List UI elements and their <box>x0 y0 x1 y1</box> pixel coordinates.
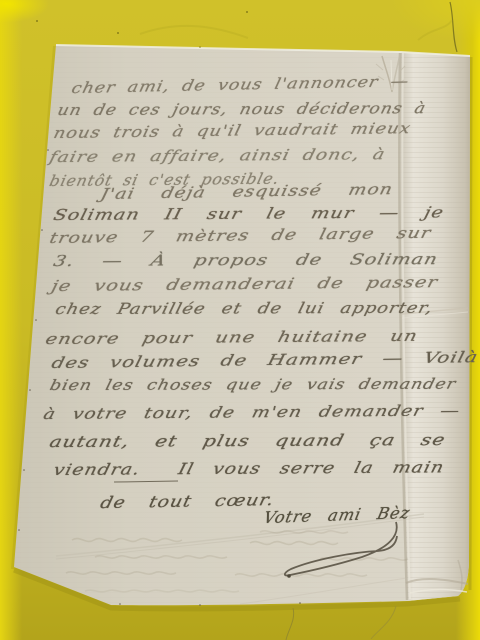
handwriting-line: à votre tour, de m'en demander — <box>42 401 463 423</box>
photo-of-handwritten-letter: cher ami, de vous l'annoncer — un de ces… <box>0 0 480 640</box>
handwriting-line: bien les choses que je vais demander <box>48 377 458 394</box>
handwriting-closing: de tout cœur. <box>99 490 277 512</box>
handwriting-line: nous trois à qu'il vaudrait mieux <box>52 119 413 142</box>
handwriting-line: J'ai déjà esquissé mon <box>99 180 395 203</box>
handwriting-line: faire en affaire, ainsi donc, à <box>48 145 388 166</box>
signature: Votre ami Bèz <box>262 503 412 527</box>
handwriting-line: des volumes de Hammer — Voilà <box>50 348 480 372</box>
handwriting-line: Soliman II sur le mur — je <box>52 203 446 224</box>
handwriting-layer: cher ami, de vous l'annoncer — un de ces… <box>0 0 480 640</box>
handwriting-line: cher ami, de vous l'annoncer — <box>70 72 411 97</box>
handwriting-line: trouve 7 mètres de large sur <box>48 224 434 247</box>
handwriting-line: autant, et plus quand ça se <box>48 431 448 451</box>
handwriting-line: un de ces jours, nous déciderons à <box>56 99 429 119</box>
handwriting-line: encore pour une huitaine un <box>44 327 420 348</box>
handwriting-line: chez Parvillée et de lui apporter, <box>54 299 435 318</box>
emphasis-underline <box>114 478 178 482</box>
handwriting-line: 3. — À propos de Soliman <box>52 250 441 270</box>
handwriting-line: viendra. Il vous serre la main <box>52 458 447 479</box>
handwriting-line: je vous demanderai de passer <box>50 273 440 295</box>
